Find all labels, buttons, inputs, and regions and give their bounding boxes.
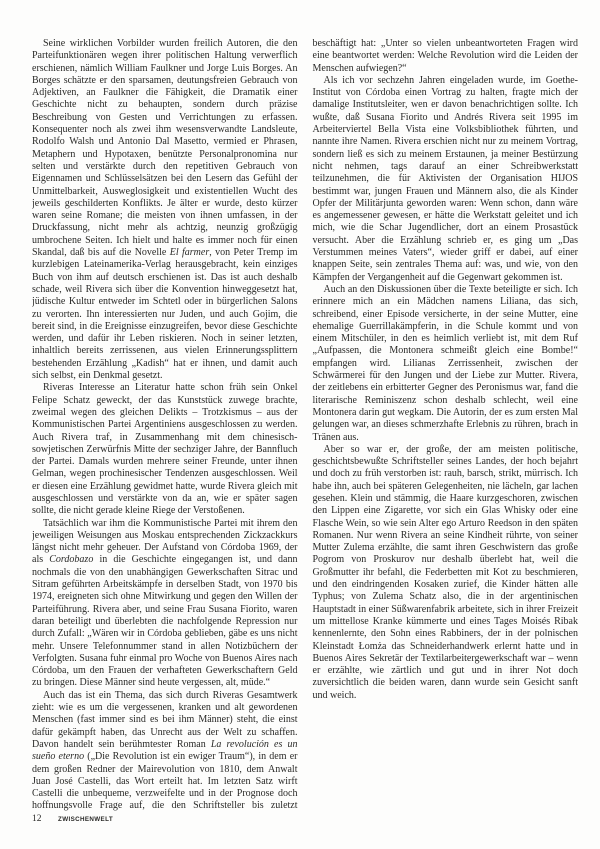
journal-name: ZWISCHENWELT (58, 816, 113, 823)
article-paragraph: Aber so war er, der große, der am meiste… (313, 444, 579, 702)
article-paragraph: Auch an den Diskussionen über die Texte … (313, 284, 579, 444)
article-paragraph: Als ich vor sechzehn Jahren eingeladen w… (313, 75, 579, 284)
journal-page: Seine wirklichen Vorbilder wurden freili… (0, 0, 600, 849)
article-paragraph: Seine wirklichen Vorbilder wurden freili… (32, 38, 298, 382)
page-number: 12 (32, 814, 42, 824)
page-footer: 12 ZWISCHENWELT (32, 814, 117, 824)
article-paragraph: Riveras Interesse an Literatur hatte sch… (32, 382, 298, 517)
article-paragraph: Tatsächlich war ihm die Kommunistische P… (32, 518, 298, 690)
article-body: Seine wirklichen Vorbilder wurden freili… (32, 38, 578, 816)
